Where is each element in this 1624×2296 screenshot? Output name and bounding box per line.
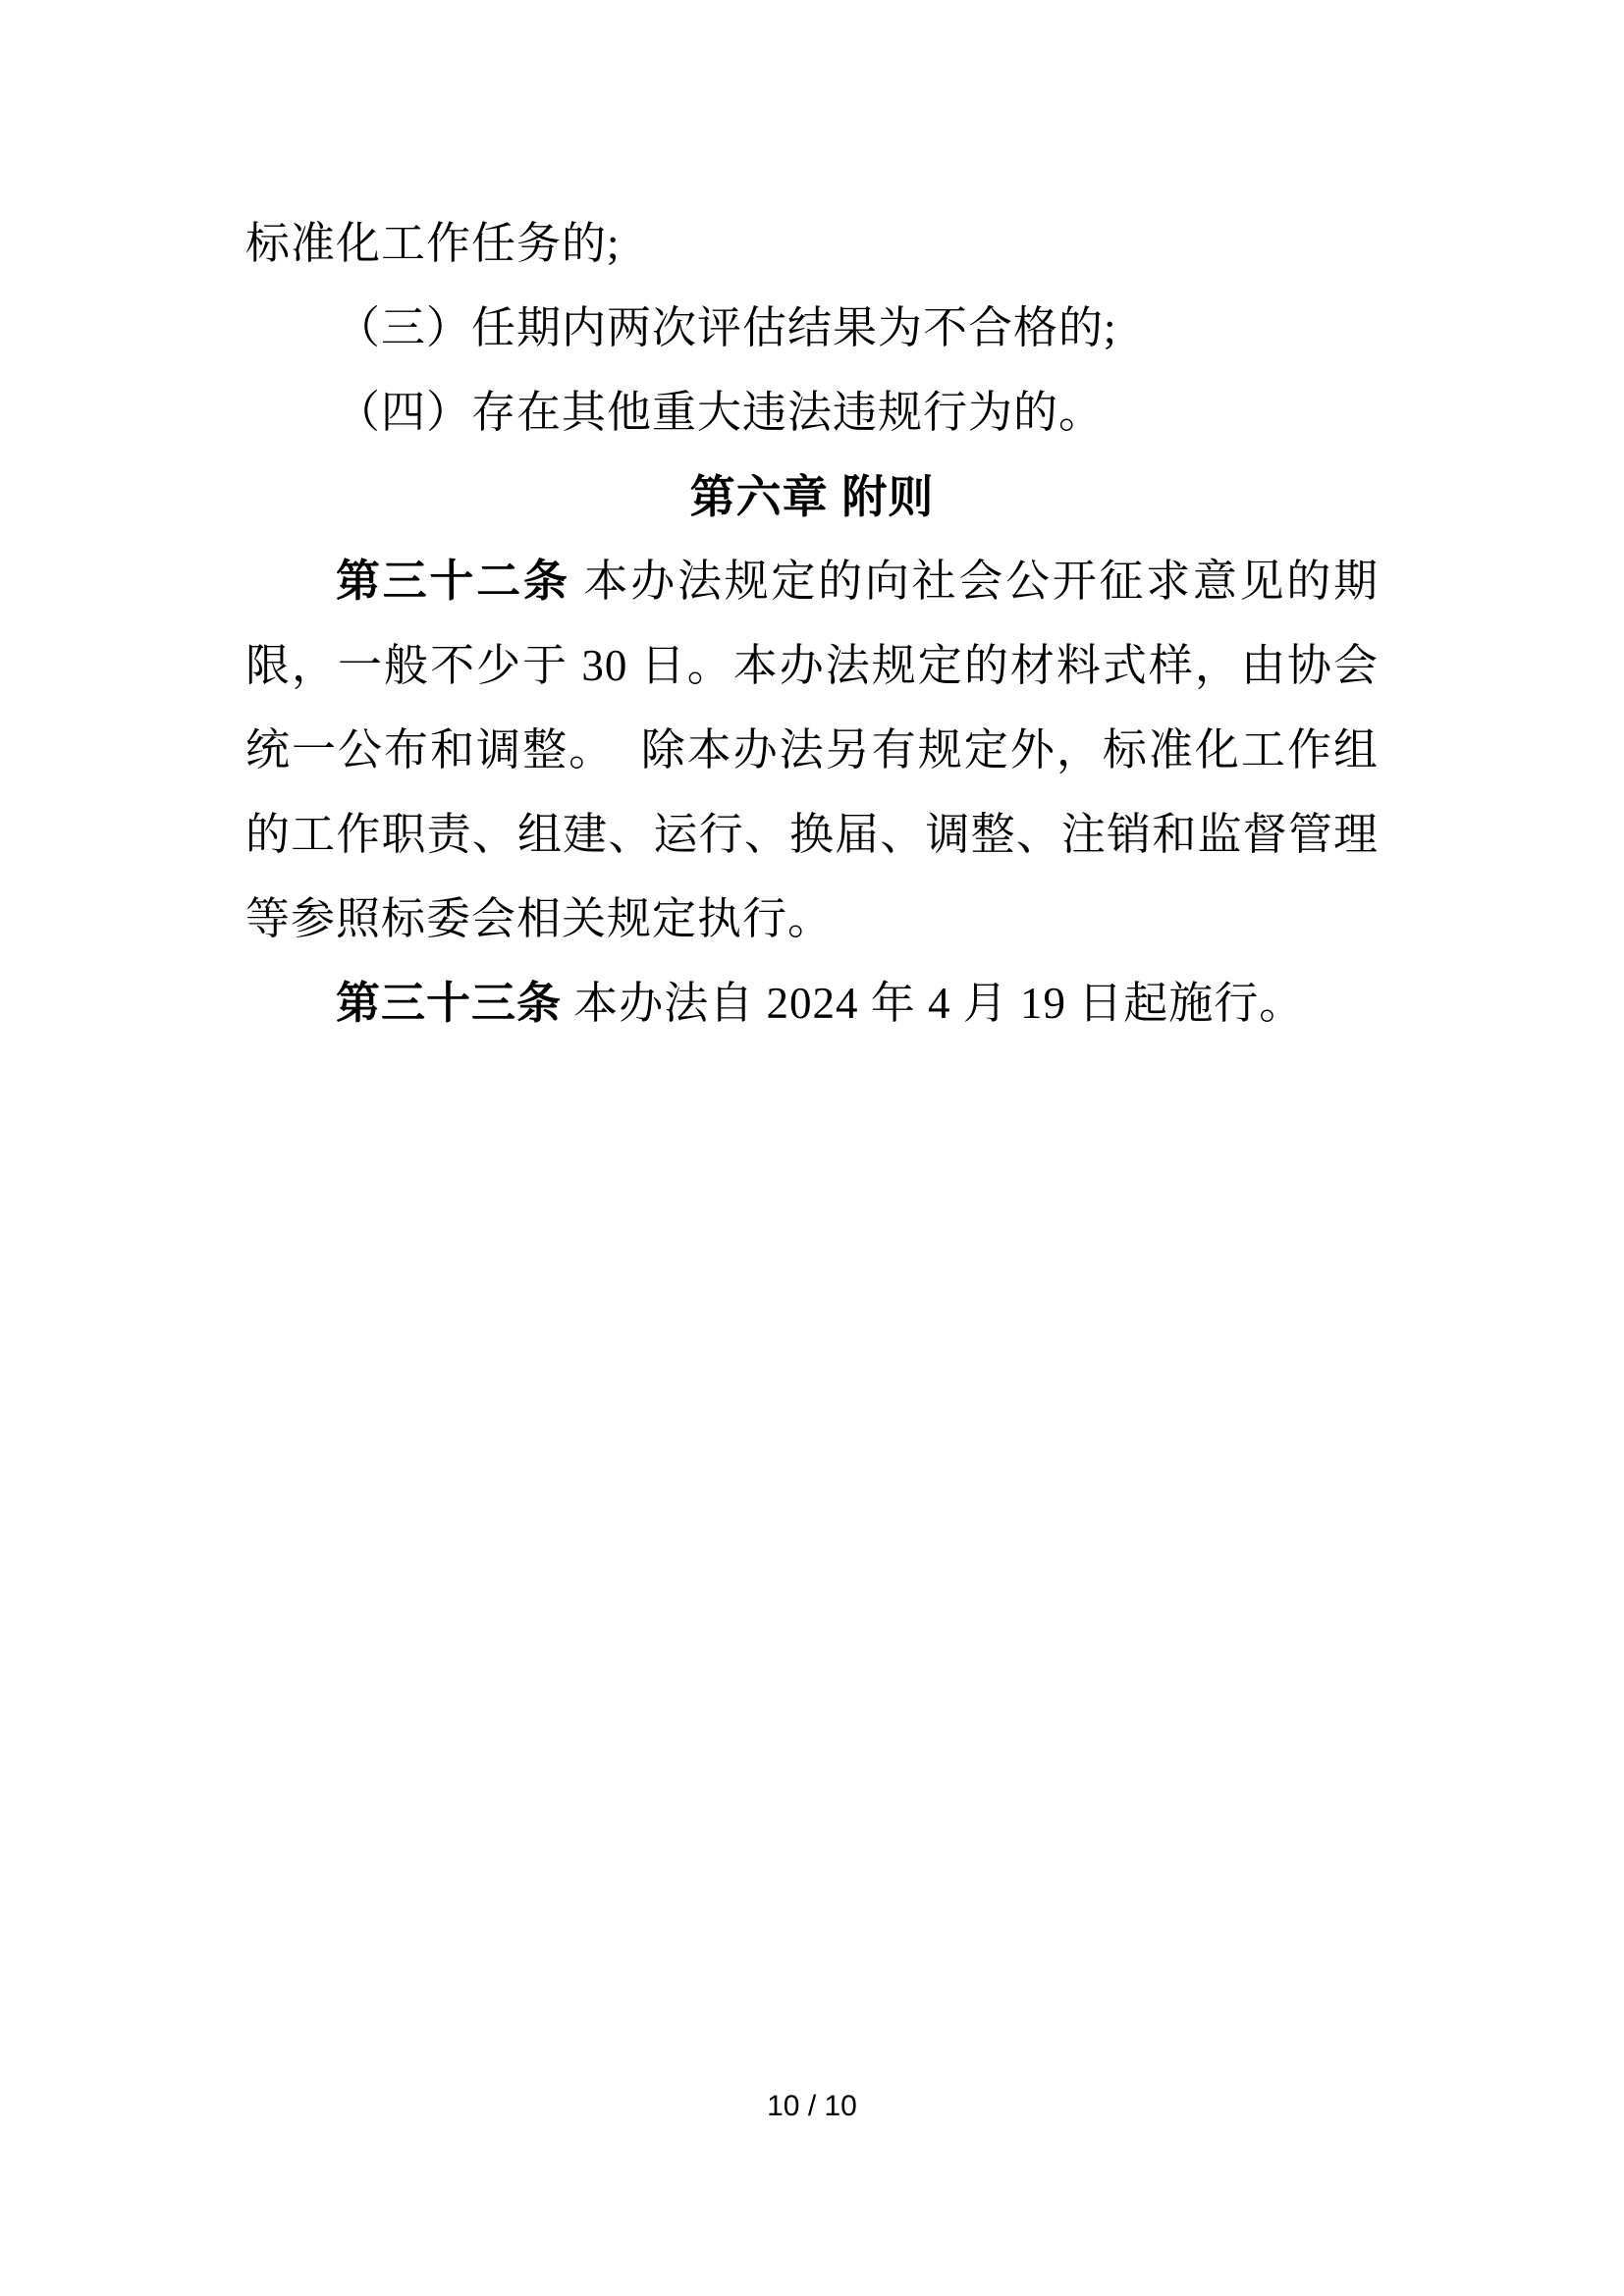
paragraph-continuation: 标准化工作任务的; [245,201,1379,286]
page-number: 10 / 10 [767,2090,857,2122]
article-33-paragraph: 第三十三条 本办法自 2024 年 4 月 19 日起施行。 [245,961,1379,1045]
article-32-paragraph: 第三十二条 本办法规定的向社会公开征求意见的期限，一般不少于 30 日。本办法规… [245,539,1379,961]
page-footer: 10 / 10 [0,2089,1624,2124]
chapter-heading: 第六章 附则 [245,454,1379,539]
clause-item-four: （四）存在其他重大违法违规行为的。 [245,370,1379,454]
article-33-text: 本办法自 2024 年 4 月 19 日起施行。 [562,979,1304,1028]
article-33-number: 第三十三条 [336,978,562,1028]
document-page: 标准化工作任务的; （三）任期内两次评估结果为不合格的; （四）存在其他重大违法… [0,0,1624,2296]
clause-item-three: （三）任期内两次评估结果为不合格的; [245,286,1379,370]
document-body: 标准化工作任务的; （三）任期内两次评估结果为不合格的; （四）存在其他重大违法… [245,201,1379,1045]
article-32-number: 第三十二条 [336,556,570,606]
article-32-text: 本办法规定的向社会公开征求意见的期限，一般不少于 30 日。本办法规定的材料式样… [245,557,1379,943]
